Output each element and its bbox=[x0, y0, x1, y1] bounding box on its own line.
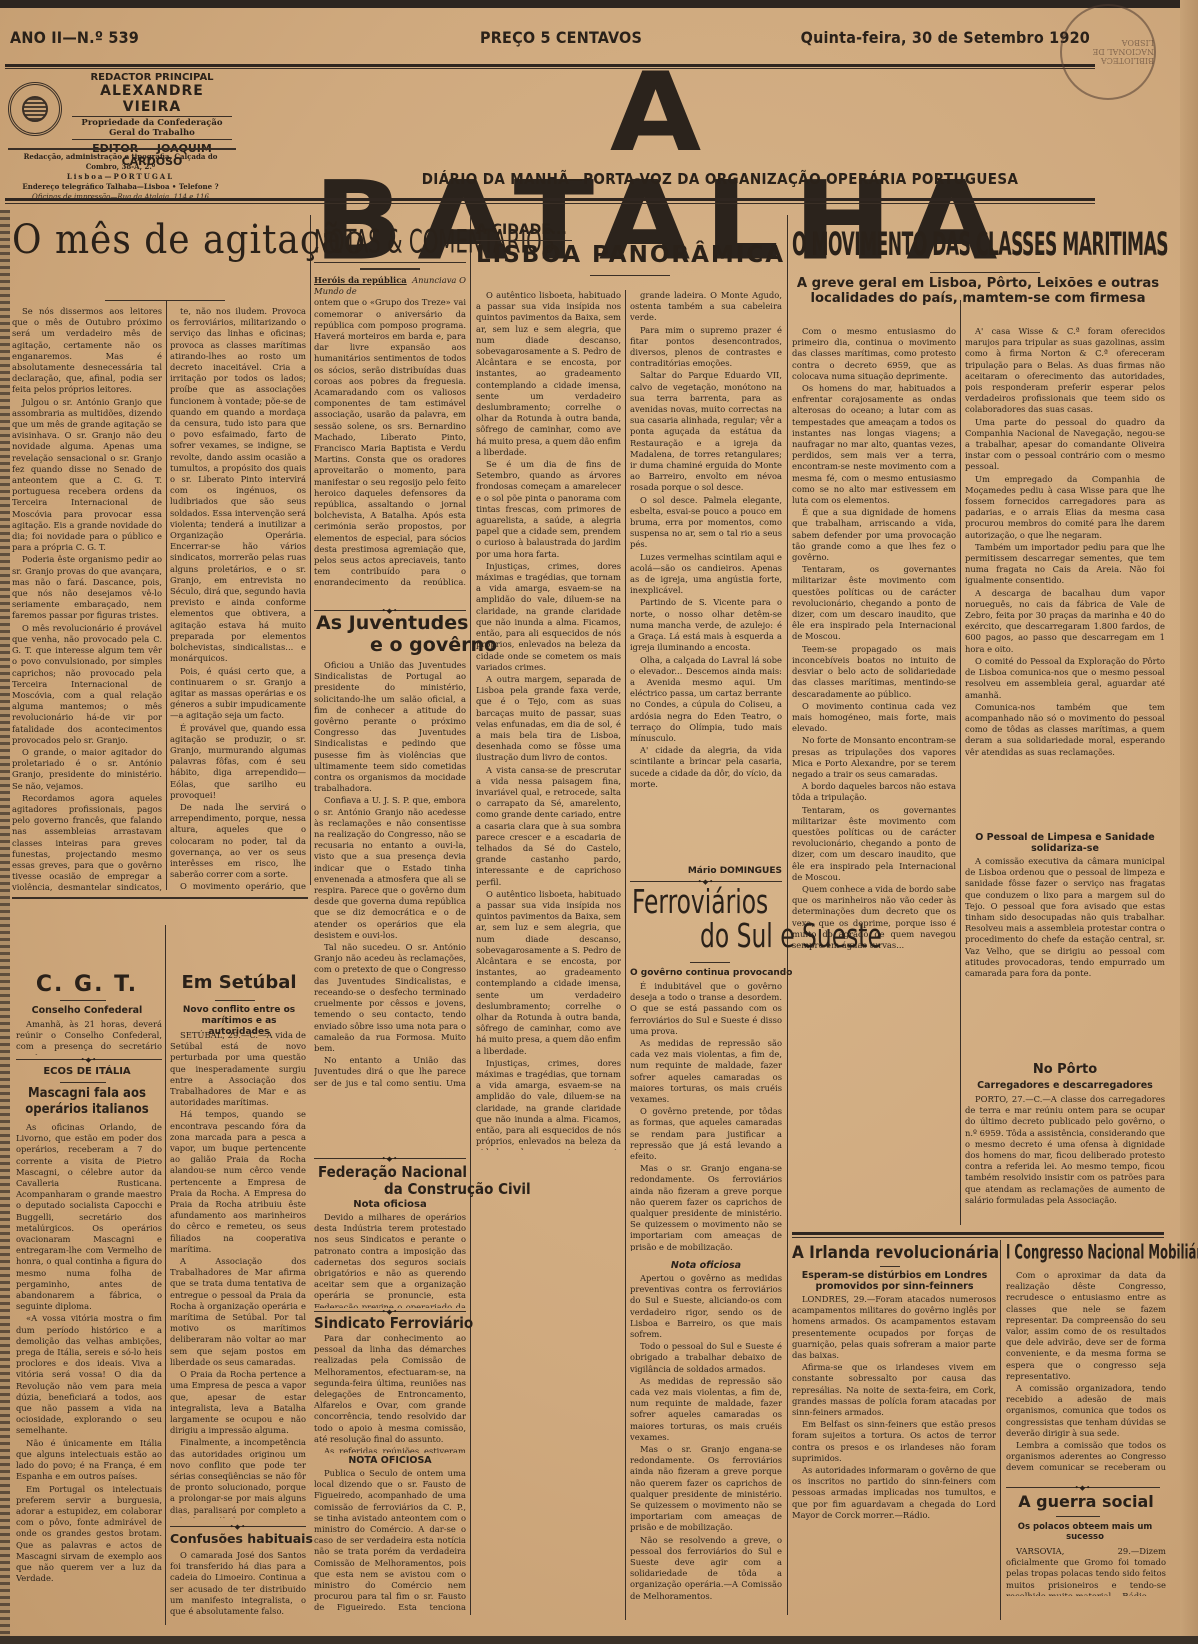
section-divider: •◆• bbox=[170, 1523, 306, 1530]
subhead-carregadores: Carregadores e descarregadores bbox=[965, 1080, 1165, 1091]
redactor-label: REDACTOR PRINCIPAL bbox=[72, 72, 232, 83]
article-title-cgt: C. G. T. bbox=[12, 972, 162, 997]
article-title-construcao-2: da Construção Civil bbox=[384, 1180, 531, 1198]
column-rule bbox=[310, 215, 311, 885]
article-title-lisboa: LISBOA PANORÂMICA bbox=[476, 242, 781, 268]
article-body-irlanda: LONDRES, 29.—Foram atacados numerosos ac… bbox=[792, 1294, 996, 1614]
scan-top-edge bbox=[0, 0, 1198, 8]
column-rule bbox=[787, 215, 788, 1615]
kicker-ecos-italia: ECOS DE ITÁLIA bbox=[12, 1066, 162, 1077]
masthead-topline: ANO II—N.º 539 PREÇO 5 CENTAVOS Quinta-f… bbox=[10, 28, 1090, 47]
article-body-cgt: Amanhã, às 21 horas, deverá reúnir o Con… bbox=[16, 1019, 162, 1055]
column-rule bbox=[166, 300, 167, 890]
article-body-lisboa-col1: O autêntico lisboeta, habituado a passar… bbox=[476, 290, 621, 1150]
subhead-conselho-confederal: Conselho Confederal bbox=[12, 1005, 162, 1016]
subhead-ferroviarios-nota: Nota oficiosa bbox=[630, 1260, 782, 1271]
title-ornament bbox=[590, 275, 670, 276]
title-ornament bbox=[690, 962, 730, 963]
article-body-agitacao-col2: te, não nos iludem. Provoca os ferroviár… bbox=[170, 306, 306, 892]
scan-bottom-edge bbox=[0, 1636, 1198, 1644]
article-body-juventudes: Oficiou a União das Juventudes Sindicali… bbox=[314, 660, 466, 1090]
porto-body: PORTO, 27.—C.—A classe dos carregadores … bbox=[965, 1094, 1165, 1232]
address-block: Redacção, administração e tipografia, Ca… bbox=[8, 152, 233, 202]
address-line: Redacção, administração e tipografia, Ca… bbox=[8, 152, 233, 172]
article-body-confusoes: O camarada José dos Santos foi transferi… bbox=[170, 1550, 306, 1616]
issue-date: Quinta-feira, 30 de Setembro 1920 bbox=[801, 28, 1090, 47]
article-title-maritimas: O MOVIMENTO DAS CLASSES MARITIMAS bbox=[792, 226, 1168, 263]
article-body-ferroviarios: É indubitável que o govêrno deseja a tod… bbox=[630, 981, 782, 1251]
byline-mario-domingues: Mário DOMINGUES bbox=[630, 866, 782, 876]
price: PREÇO 5 CENTAVOS bbox=[480, 28, 642, 47]
article-title-juventudes-1: As Juventudes bbox=[316, 612, 468, 634]
subhead-polacos: Os polacos obteem mais um sucesso bbox=[1010, 1522, 1160, 1542]
section-divider: •◆• bbox=[314, 1155, 466, 1162]
article-body-maritimas-col2: A' casa Wisse & C.ª foram oferecidos mar… bbox=[965, 326, 1165, 826]
article-title-mascagni: Mascagni fala aos operários italianos bbox=[12, 1086, 162, 1118]
notas-body: Heróis da república Anunciava O Mundo de… bbox=[314, 275, 466, 585]
newspaper-page: ANO II—N.º 539 PREÇO 5 CENTAVOS Quinta-f… bbox=[0, 0, 1198, 1644]
binding-gutter bbox=[0, 210, 10, 1644]
title-ornament bbox=[880, 1266, 900, 1267]
article-title-confusoes: Confusões habituais bbox=[170, 1531, 308, 1546]
section-rule bbox=[792, 1237, 1164, 1238]
article-title-sindicato: Sindicato Ferroviário bbox=[314, 1314, 466, 1332]
nota-oficiosa-sindicato: Publica o Seculo de ontem uma local dize… bbox=[314, 1468, 466, 1613]
cgt-seal-icon bbox=[8, 82, 62, 136]
nota-oficiosa-ferroviarios: Apertou o govêrno as medidas preventivas… bbox=[630, 1273, 782, 1618]
article-body-setubal: SETÚBAL, 29.—C.—A vida de Setúbal está d… bbox=[170, 1030, 306, 1518]
article-title-agitacao: O mês de agitação bbox=[12, 220, 366, 260]
title-ornament bbox=[60, 1082, 106, 1083]
deck-maritimas: A greve geral em Lisboa, Pôrto, Leixões … bbox=[792, 276, 1164, 306]
subhead-irlanda: Esperam-se distúrbios em Londres promovi… bbox=[792, 1270, 997, 1292]
article-body-construcao: Devido a milhares de operários desta Ind… bbox=[314, 1212, 466, 1308]
address-city: Lisboa—PORTUGAL bbox=[8, 172, 233, 182]
column-rule bbox=[960, 300, 961, 1225]
column-rule bbox=[470, 215, 471, 1615]
section-divider: •◆• bbox=[1006, 1484, 1160, 1491]
article-body-guerra: VARSOVIA, 29.—Dizem oficialmente que Gro… bbox=[1006, 1546, 1166, 1596]
article-title-construcao-1: Federação Nacional bbox=[318, 1163, 467, 1181]
property-line: Propriedade da Confederação Geral do Tra… bbox=[72, 117, 232, 140]
subhead-no-porto: No Pôrto bbox=[965, 1062, 1165, 1077]
subhead-limpeza: O Pessoal de Limpesa e Sanidade solidari… bbox=[965, 832, 1165, 854]
article-body-maritimas-col1: Com o mesmo entusiasmo do primeiro dia, … bbox=[792, 326, 956, 1206]
column-rule bbox=[625, 290, 626, 1620]
subhead-herois: Heróis da república bbox=[314, 275, 407, 285]
title-ornament bbox=[930, 272, 1040, 273]
credits-rule bbox=[8, 148, 236, 150]
scan-right-edge bbox=[1180, 0, 1198, 1644]
newspaper-subtitle: DIÁRIO DA MANHÃ—PORTA-VOZ DA ORGANIZAÇÃO… bbox=[340, 170, 1100, 188]
section-rule bbox=[792, 1232, 1164, 1235]
limpeza-body: A comissão executiva da câmara municipal… bbox=[965, 856, 1165, 1016]
subhead-nota-oficiosa: Nota oficiosa bbox=[314, 1199, 466, 1210]
article-body-italia: As oficinas Orlando, de Livorno, que est… bbox=[16, 1122, 162, 1617]
section-rule bbox=[12, 897, 308, 899]
article-body-agitacao-col1: Se nós dissermos aos leitores que o mês … bbox=[12, 306, 162, 892]
title-ornament bbox=[1056, 1516, 1100, 1517]
kicker-rule bbox=[476, 240, 572, 241]
title-ornament bbox=[360, 268, 420, 270]
section-divider: •◆• bbox=[16, 1056, 162, 1063]
kicker-a-cidade: A CIDADE... bbox=[476, 222, 567, 238]
telegraph-line: Endereço telegráfico Talhaba—Lisboa • Te… bbox=[8, 182, 233, 192]
section-rule bbox=[314, 262, 466, 263]
column-rule bbox=[1000, 1240, 1001, 1620]
article-title-setubal: Em Setúbal bbox=[170, 972, 308, 993]
masthead-rule-bottom bbox=[5, 198, 1095, 201]
masthead-rule-bottom-thin bbox=[5, 203, 1095, 204]
article-title-guerra: A guerra social bbox=[1006, 1492, 1166, 1511]
subhead-govęrno-provocando: O govêrno continua provocando bbox=[630, 968, 785, 978]
issue-number: ANO II—N.º 539 bbox=[10, 28, 139, 47]
title-ornament bbox=[105, 300, 225, 301]
article-body-congresso: Com o aproximar da data da realização dê… bbox=[1006, 1270, 1166, 1470]
article-title-ferroviarios-1: Ferroviários bbox=[632, 884, 768, 922]
article-body-sindicato: Para dar conhecimento ao pessoal da linh… bbox=[314, 1333, 466, 1453]
subhead-nota-oficiosa-sindicato: NOTA OFICIOSA bbox=[314, 1455, 466, 1466]
redactor-name: ALEXANDRE VIEIRA bbox=[72, 83, 232, 117]
column-rule bbox=[165, 925, 166, 1625]
article-body-lisboa-col2: grande ladeira. O Monte Agudo, ostenta t… bbox=[630, 290, 782, 880]
article-title-irlanda: A Irlanda revolucionária bbox=[792, 1243, 999, 1263]
article-title-congresso: I Congresso Nacional Mobiliário bbox=[1006, 1242, 1198, 1265]
title-ornament bbox=[215, 1000, 255, 1001]
title-ornament bbox=[60, 1000, 106, 1001]
